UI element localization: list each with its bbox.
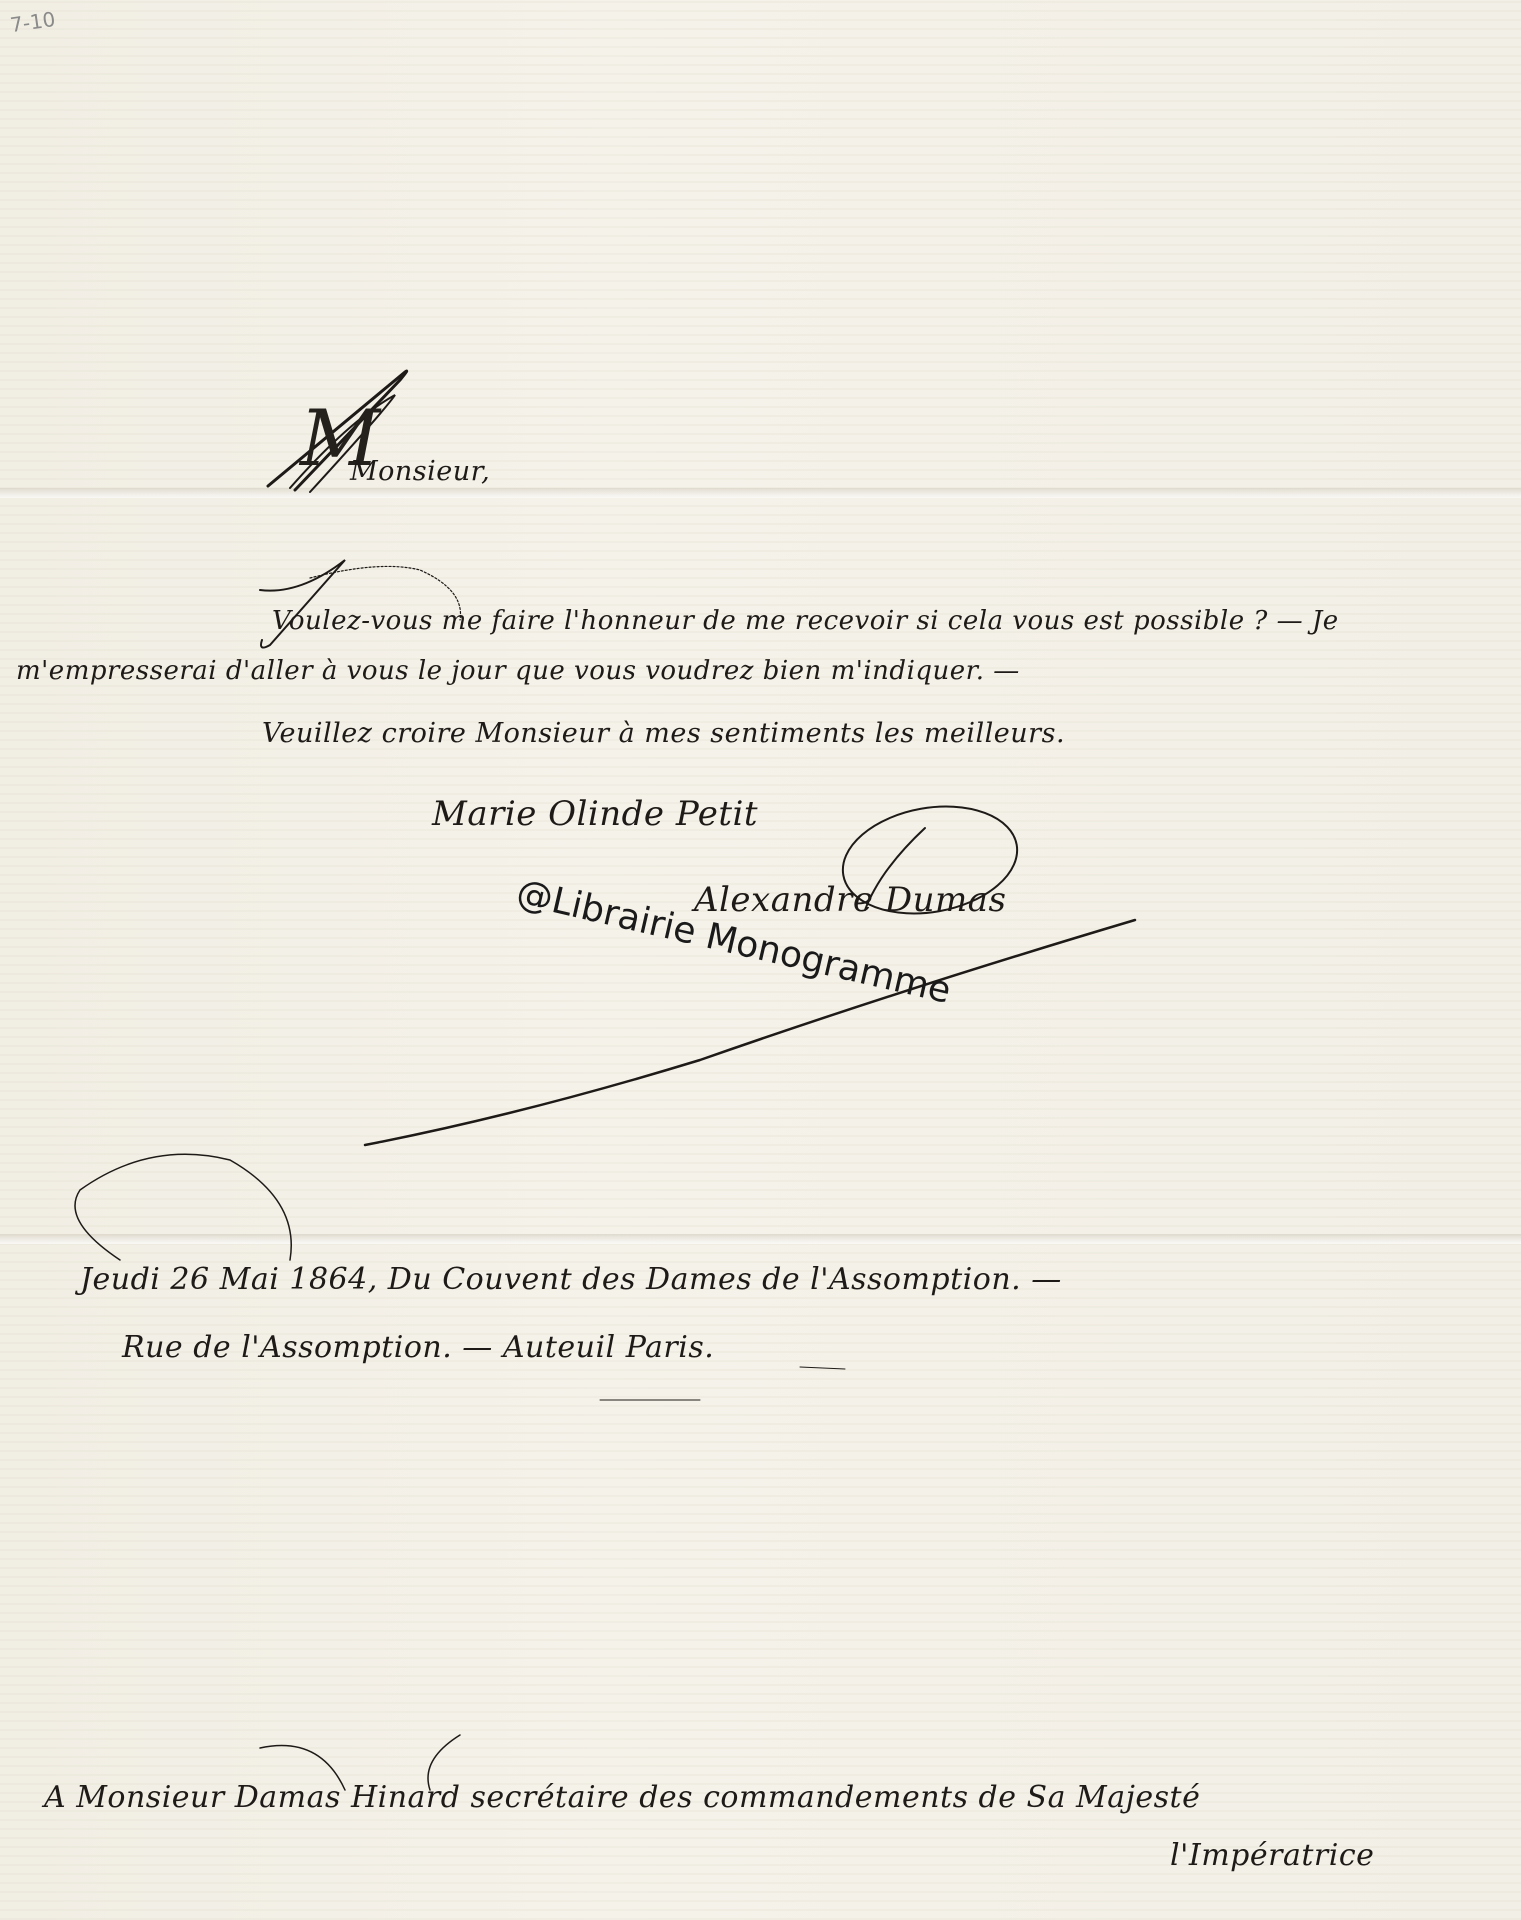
- address-line-1: A Monsieur Damas Hinard secrétaire des c…: [44, 1780, 1200, 1815]
- body-line-3: Veuillez croire Monsieur à mes sentiment…: [262, 718, 1065, 749]
- signature-marie-olinde-petit: Marie Olinde Petit: [432, 794, 758, 834]
- dateline-2: Rue de l'Assomption. — Auteuil Paris.: [122, 1330, 714, 1365]
- dateline-1: Jeudi 26 Mai 1864, Du Couvent des Dames …: [80, 1262, 1062, 1297]
- address-line-2: l'Impératrice: [1170, 1838, 1374, 1873]
- body-line-2: m'empresserai d'aller à vous le jour que…: [16, 656, 1020, 686]
- signature-alexandre-dumas: Alexandre Dumas: [694, 880, 1006, 920]
- body-line-1: Voulez-vous me faire l'honneur de me rec…: [272, 606, 1339, 636]
- salutation: Monsieur,: [350, 456, 490, 487]
